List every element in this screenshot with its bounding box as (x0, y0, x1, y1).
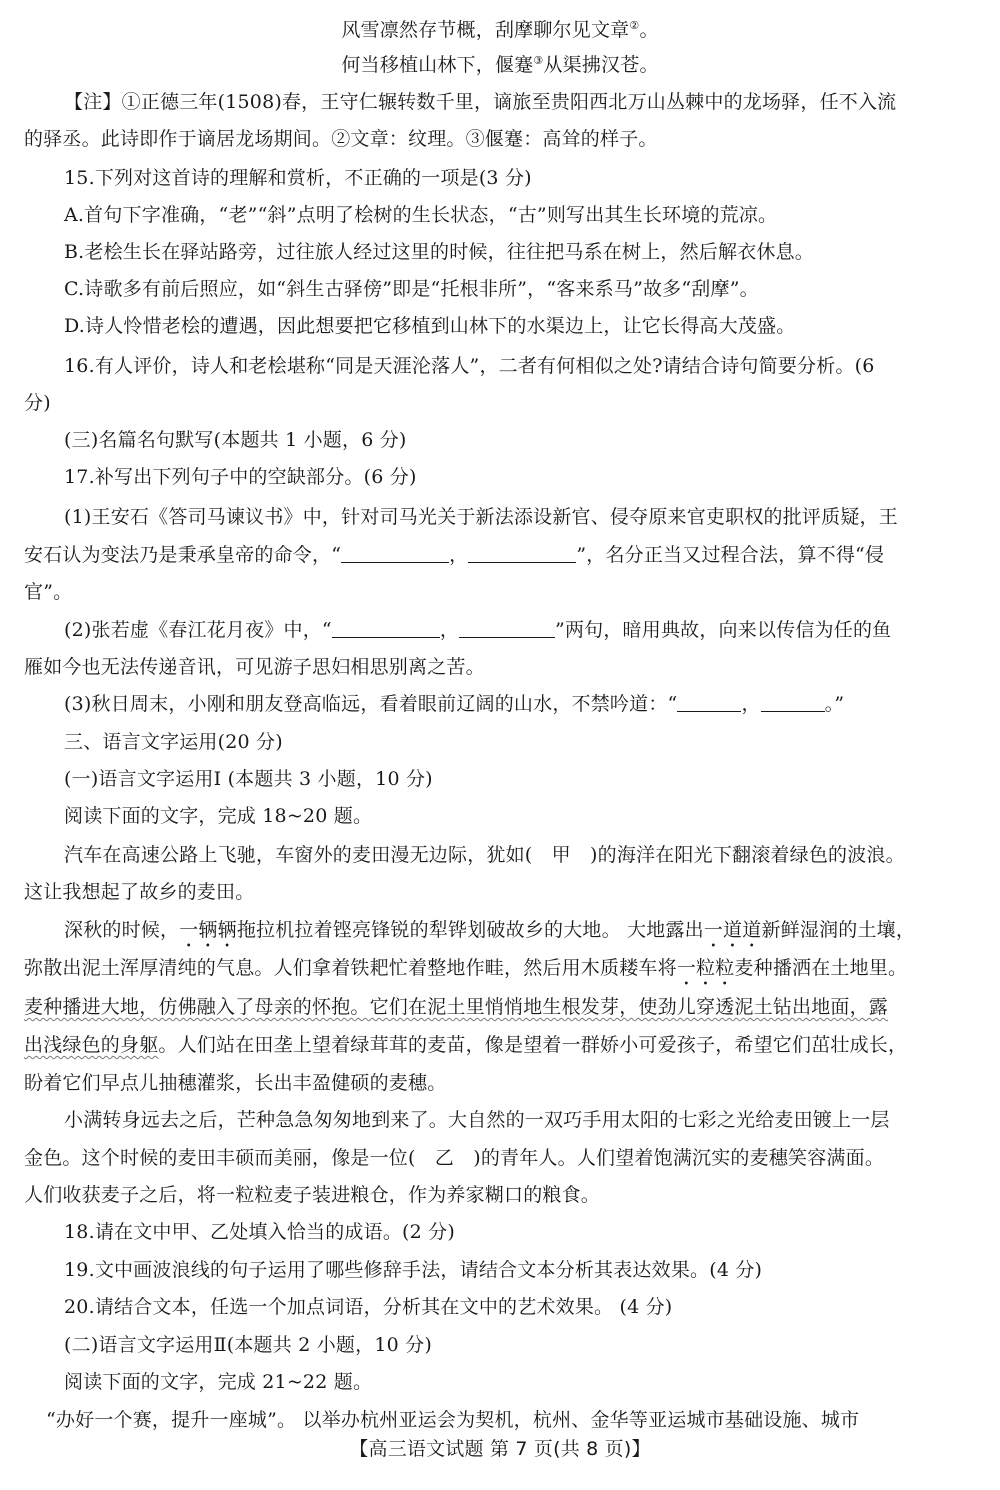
passage-p2-line-3: 麦种播进大地，仿佛融入了母亲的怀抱。它们在泥土里悄悄地生根发芽，使劲儿穿透泥土钻… (24, 995, 888, 1019)
q17-item-2-post: ”两句，暗用典故，向来以传信为任的鱼 (555, 619, 891, 641)
poem-line-1: 风雪凛然存节概，刮摩聊尔见文章②。 (0, 18, 1000, 42)
notes-line-1: 【注】①正德三年(1508)春，王守仁辗转数千里，谪旅至贵阳西北万山丛棘中的龙场… (64, 90, 896, 114)
q18: 18.请在文中甲、乙处填入恰当的成语。(2 分) (64, 1220, 455, 1244)
part-3-heading: 三、语言文字运用(20 分) (64, 730, 283, 754)
q15-option-b: B.老桧生长在驿站路旁，过往旅人经过这里的时候，往往把马系在树上，然后解衣休息。 (64, 240, 814, 264)
dotted-word-3: 一粒粒 (677, 957, 735, 979)
wavy-underlined-sentence-part-2: 出浅绿色的身躯 (24, 1034, 158, 1056)
q15-option-c: C.诗歌多有前后照应，如“斜生古驿傍”即是“托根非所”，“客来系马”故多“刮摩”… (64, 277, 759, 301)
q17-item-3: (3)秋日周末，小刚和朋友登高临远，看着眼前辽阔的山水，不禁吟道：“，。” (64, 692, 844, 716)
q15-option-a: A.首句下字准确，“老”“斜”点明了桧树的生长状态，“古”则写出其生长环境的荒凉… (64, 203, 777, 227)
p2-l1-c: 新鲜湿润的土壤， (761, 919, 915, 941)
fill-blank-3b[interactable] (761, 693, 825, 712)
q15-stem: 15.下列对这首诗的理解和赏析，不正确的一项是(3 分) (64, 166, 532, 190)
footnote-ref-2: ② (629, 19, 639, 32)
poem-line-1-text: 风雪凛然存节概，刮摩聊尔见文章 (341, 19, 629, 41)
q16-line-2: 分) (24, 391, 51, 415)
p2-l2-b: 麦种播洒在土地里。 (734, 957, 907, 979)
q17-item-3-pre: (3)秋日周末，小刚和朋友登高临远，看着眼前辽阔的山水，不禁吟道：“ (64, 693, 677, 715)
poem-line-2: 何当移植山林下，偃蹇③从渠拂汉苍。 (0, 53, 1000, 77)
q20: 20.请结合文本，任选一个加点词语，分析其在文中的艺术效果。 (4 分) (64, 1295, 672, 1319)
notes-line-2: 的驿丞。此诗即作于谪居龙场期间。②文章：纹理。③偃蹇：高耸的样子。 (24, 127, 658, 151)
q17-stem: 17.补写出下列句子中的空缺部分。(6 分) (64, 465, 417, 489)
q17-item-1-line-3: 官”。 (24, 580, 72, 604)
p2-l4-rest: 。人们站在田垄上望着绿茸茸的麦苗，像是望着一群娇小可爱孩子，希望它们茁壮成长， (158, 1034, 907, 1056)
q16-line-1: 16.有人评价，诗人和老桧堪称“同是天涯沦落人”，二者有何相似之处?请结合诗句简… (64, 354, 875, 378)
footnote-ref-3: ③ (533, 54, 543, 67)
part-3-sub-1-heading: (一)语言文字运用Ⅰ (本题共 3 小题，10 分) (64, 767, 433, 791)
p2-l1-a: 深秋的时候， (64, 919, 179, 941)
part-3-instruction-2: 阅读下面的文字，完成 21~22 题。 (64, 1370, 372, 1394)
passage-p3-line-3: 人们收获麦子之后，将一粒粒麦子装进粮仓，作为养家糊口的粮食。 (24, 1183, 600, 1207)
q17-item-3-post: 。” (825, 693, 845, 715)
q17-item-2-line-1: (2)张若虚《春江花月夜》中，“，”两句，暗用典故，向来以传信为任的鱼 (64, 618, 891, 642)
page-footer: 【高三语文试题 第 7 页(共 8 页)】 (0, 1437, 1000, 1461)
passage-p2-line-2: 弥散出泥土浑厚清纯的气息。人们拿着铁耙忙着整地作畦，然后用木质耧车将一粒粒麦种播… (24, 956, 907, 990)
q17-item-1-post: ”，名分正当又过程合法，算不得“侵 (576, 544, 884, 566)
exam-page: 风雪凛然存节概，刮摩聊尔见文章②。 何当移植山林下，偃蹇③从渠拂汉苍。 【注】①… (0, 0, 1000, 1490)
q17-item-2-pre: (2)张若虚《春江花月夜》中，“ (64, 619, 332, 641)
passage-p3-line-1: 小满转身远去之后，芒种急急匆匆地到来了。大自然的一双巧手用太阳的七彩之光给麦田镀… (64, 1108, 890, 1132)
fill-blank-1b[interactable] (468, 544, 576, 563)
fill-blank-2b[interactable] (459, 619, 555, 638)
q17-item-2-line-2: 雁如今也无法传递音讯，可见游子思妇相思别离之苦。 (24, 655, 485, 679)
part-3-sub-2-heading: (二)语言文字运用Ⅱ(本题共 2 小题，10 分) (64, 1333, 432, 1357)
wavy-underlined-sentence-part-1: 麦种播进大地，仿佛融入了母亲的怀抱。它们在泥土里悄悄地生根发芽，使劲儿穿透泥土钻… (24, 996, 888, 1018)
passage-p1-line-1: 汽车在高速公路上飞驰，车窗外的麦田漫无边际，犹如( 甲 )的海洋在阳光下翻滚着绿… (64, 843, 905, 867)
q17-item-1-line-2: 安石认为变法乃是秉承皇帝的命令，“，”，名分正当又过程合法，算不得“侵 (24, 543, 884, 567)
passage-p2-line-4: 出浅绿色的身躯。人们站在田垄上望着绿茸茸的麦苗，像是望着一群娇小可爱孩子，希望它… (24, 1033, 907, 1057)
passage-p3-line-2: 金色。这个时候的麦田丰硕而美丽，像是一位( 乙 )的青年人。人们望着饱满沉实的麦… (24, 1146, 884, 1170)
q15-option-d: D.诗人怜惜老桧的遭遇，因此想要把它移植到山林下的水渠边上，让它长得高大茂盛。 (64, 314, 795, 338)
dotted-word-1: 一辆辆 (179, 919, 237, 941)
poem-line-2-post: 从渠拂汉苍。 (543, 54, 658, 76)
section-3-heading: (三)名篇名句默写(本题共 1 小题，6 分) (64, 428, 407, 452)
passage-p2-line-1: 深秋的时候，一辆辆拖拉机拉着铿亮锋锐的犁铧划破故乡的大地。 大地露出一道道新鲜湿… (64, 918, 915, 952)
passage-p1-line-2: 这让我想起了故乡的麦田。 (24, 880, 254, 904)
q19: 19.文中画波浪线的句子运用了哪些修辞手法，请结合文本分析其表达效果。(4 分) (64, 1258, 762, 1282)
fill-blank-1a[interactable] (341, 544, 449, 563)
passage-p2-line-5: 盼着它们早点儿抽穗灌浆，长出丰盈健硕的麦穗。 (24, 1071, 446, 1095)
passage-2-line-1: “办好一个赛，提升一座城”。 以举办杭州亚运会为契机，杭州、金华等亚运城市基础设… (46, 1408, 859, 1432)
q17-item-1-comma: ， (449, 544, 468, 566)
p2-l2-a: 弥散出泥土浑厚清纯的气息。人们拿着铁耙忙着整地作畦，然后用木质耧车将 (24, 957, 677, 979)
q17-item-1-line-1: (1)王安石《答司马谏议书》中，针对司马光关于新法添设新官、侵夺原来官吏职权的批… (64, 505, 898, 529)
poem-line-2-pre: 何当移植山林下，偃蹇 (341, 54, 533, 76)
q17-item-1-pre: 安石认为变法乃是秉承皇帝的命令，“ (24, 544, 341, 566)
fill-blank-2a[interactable] (332, 619, 440, 638)
q17-item-2-comma: ， (440, 619, 459, 641)
part-3-instruction-1: 阅读下面的文字，完成 18~20 题。 (64, 804, 372, 828)
q17-item-3-comma: ， (741, 693, 760, 715)
dotted-word-2: 一道道 (704, 919, 762, 941)
poem-line-1-end: 。 (639, 19, 658, 41)
p2-l1-b: 拖拉机拉着铿亮锋锐的犁铧划破故乡的大地。 大地露出 (237, 919, 704, 941)
fill-blank-3a[interactable] (677, 693, 741, 712)
